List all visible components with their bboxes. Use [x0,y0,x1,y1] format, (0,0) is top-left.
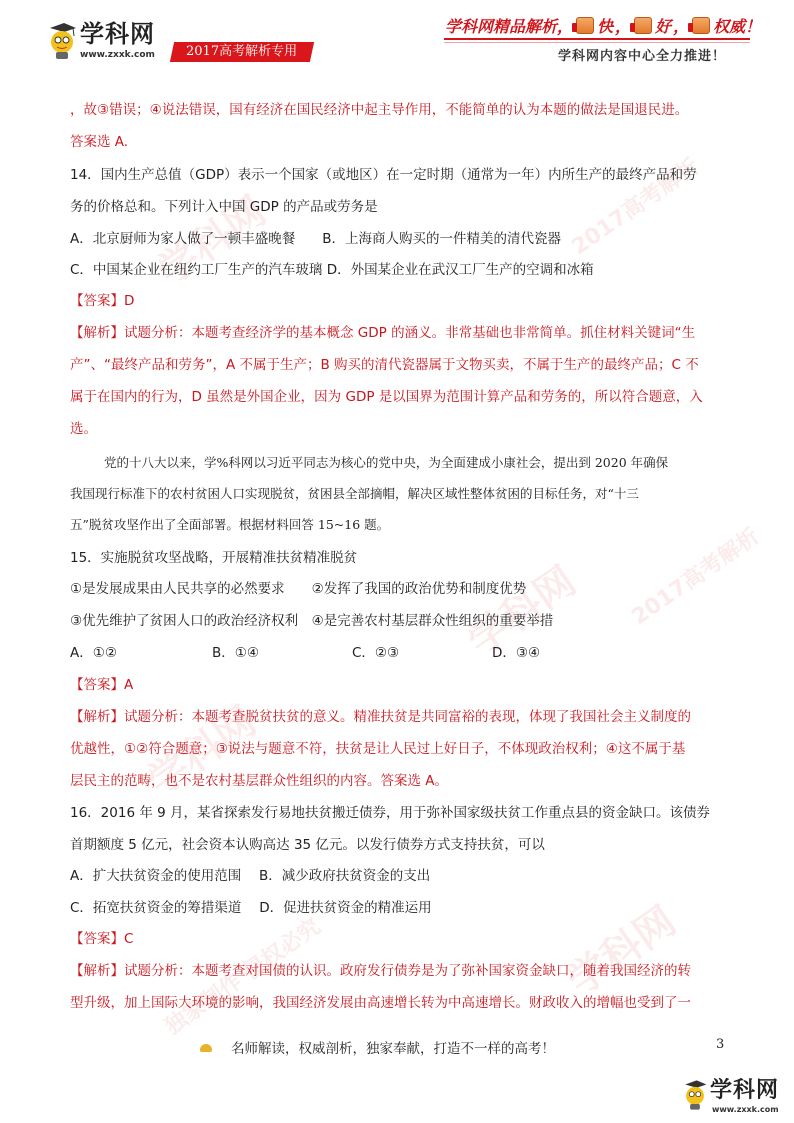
q14-options-line2: C．中国某企业在纽约工厂生产的汽车玻璃 D．外国某企业在武汉工厂生产的空调和冰箱 [70,260,594,280]
prev-answer-line: 答案选 A. [70,132,128,152]
q14-analysis-line2: 产”、“最终产品和劳务”，A 不属于生产；B 购买的清代瓷器属于文物买卖，不属于… [70,355,699,375]
header-divider [444,38,750,40]
q14-analysis-line1: 【解析】试题分析：本题考查经济学的基本概念 GDP 的涵义。非常基础也非常简单。… [70,323,695,343]
exam-banner: 2017高考解析专用 [170,42,314,62]
q16-stem-line1: 16．2016 年 9 月，某省探索发行易地扶贫搬迁债券，用于弥补国家级扶贫工作… [70,803,710,823]
logo-text: 学科网 [710,1077,779,1105]
slogan-item: 快 [597,14,613,37]
footer-slogan: 名师解读，权威剖析，独家奉献，打造不一样的高考！ [231,1037,555,1057]
q14-options-line1: A．北京厨师为家人做了一顿丰盛晚餐 B．上海商人购买的一件精美的清代瓷器 [70,229,561,249]
q15-analysis-line3: 层民主的范畴，也不是农村基层群众性组织的内容。答案选 A。 [70,771,448,791]
q14-stem-line1: 14．国内生产总值（GDP）表示一个国家（或地区）在一定时期（通常为一年）内所生… [70,165,697,185]
q16-options-line1: A．扩大扶贫资金的使用范围 B．减少政府扶贫资金的支出 [70,866,430,886]
watermark: 2017高考解析 [625,520,765,631]
page-number: 3 [716,1037,724,1052]
q15-option-d: D．③④ [492,643,540,663]
material-line2: 我国现行标准下的农村贫困人口实现脱贫，贫困县全部摘帽，解决区域性整体贫困的目标任… [70,484,639,504]
zxxk-logo: 学科网 www.zxxk.com [46,18,161,64]
logo-text: 学科网 [80,20,155,48]
footer-logo: 学科网 www.zxxk.com [682,1075,792,1115]
q14-analysis-line3: 属于在国内的行为，D 虽然是外国企业，因为 GDP 是以国界为范围计算产品和劳务… [70,387,703,407]
header-divider [444,42,750,43]
q15-analysis-line1: 【解析】试题分析：本题考查脱贫扶贫的意义。精准扶贫是共同富裕的表现，体现了我国社… [70,707,691,727]
thumbs-up-icon [692,17,710,34]
slogan-prefix: 学科网精品解析， [445,14,573,37]
logo-url: www.zxxk.com [80,50,155,60]
q15-answer: 【答案】A [70,675,133,695]
q15-analysis-line2: 优越性，①②符合题意；③说法与题意不符，扶贫是让人民过上好日子，不体现政治权利；… [70,739,685,759]
page-header: 学科网 www.zxxk.com 2017高考解析专用 学科网精品解析， 快 ，… [0,0,794,80]
q15-option-a: A．①② [70,643,117,663]
q16-analysis-line1: 【解析】试题分析：本题考查对国债的认识。政府发行债券是为了弥补国家资金缺口，随着… [70,961,691,981]
q15-statements-line2: ③优先维护了贫困人口的政治经济权利 ④是完善农村基层群众性组织的重要举措 [70,611,553,631]
q16-analysis-line2: 型升级，加上国际大环境的影响，我国经济发展由高速增长转为中高速增长。财政收入的增… [70,993,691,1013]
document-page: 学科网 2017高考解析 2017高考解析 学科网 学科网 学科网 独家制作 侵… [0,0,794,1123]
q15-stem: 15．实施脱贫攻坚战略，开展精准扶贫精准脱贫 [70,548,357,568]
q16-answer: 【答案】C [70,929,133,949]
q15-option-b: B．①④ [212,643,259,663]
prev-analysis-tail: ，故③错误；④说法错误，国有经济在国民经济中起主导作用，不能简单的认为本题的做法… [70,100,688,120]
q16-options-line2: C．拓宽扶贫资金的筹措渠道 D．促进扶贫资金的精准运用 [70,898,432,918]
q14-analysis-line4: 选。 [70,419,97,439]
thumbs-up-icon [634,17,652,34]
q15-statements-line1: ①是发展成果由人民共享的必然要求 ②发挥了我国的政治优势和制度优势 [70,579,526,599]
header-slogan: 学科网精品解析， 快 ， 好 ， 权威！ [445,12,761,38]
logo-url: www.zxxk.com [712,1105,779,1115]
slogan-separator: ， [615,14,631,37]
watermark: 学科网 [555,891,686,1007]
thumbs-up-icon [576,17,594,34]
q16-stem-line2: 首期额度 5 亿元，社会资本认购高达 35 亿元。以发行债券方式支持扶贫，可以 [70,835,545,855]
q15-option-c: C．②③ [352,643,399,663]
header-tagline: 学科网内容中心全力推进！ [558,45,726,64]
q14-stem-line2: 务的价格总和。下列计入中国 GDP 的产品或劳务是 [70,197,378,217]
material-line3: 五”脱贫攻坚作出了全面部署。根据材料回答 15~16 题。 [70,515,389,535]
slogan-separator: ， [673,14,689,37]
mascot-icon [46,22,78,60]
q14-answer: 【答案】D [70,291,134,311]
mascot-icon [682,1079,708,1111]
slogan-item: 好 [655,14,671,37]
slogan-item: 权威！ [713,14,761,37]
footer-mascot-icon [200,1044,212,1052]
material-line1: 党的十八大以来，学%科网以习近平同志为核心的党中央，为全面建成小康社会，提出到 … [104,453,668,473]
